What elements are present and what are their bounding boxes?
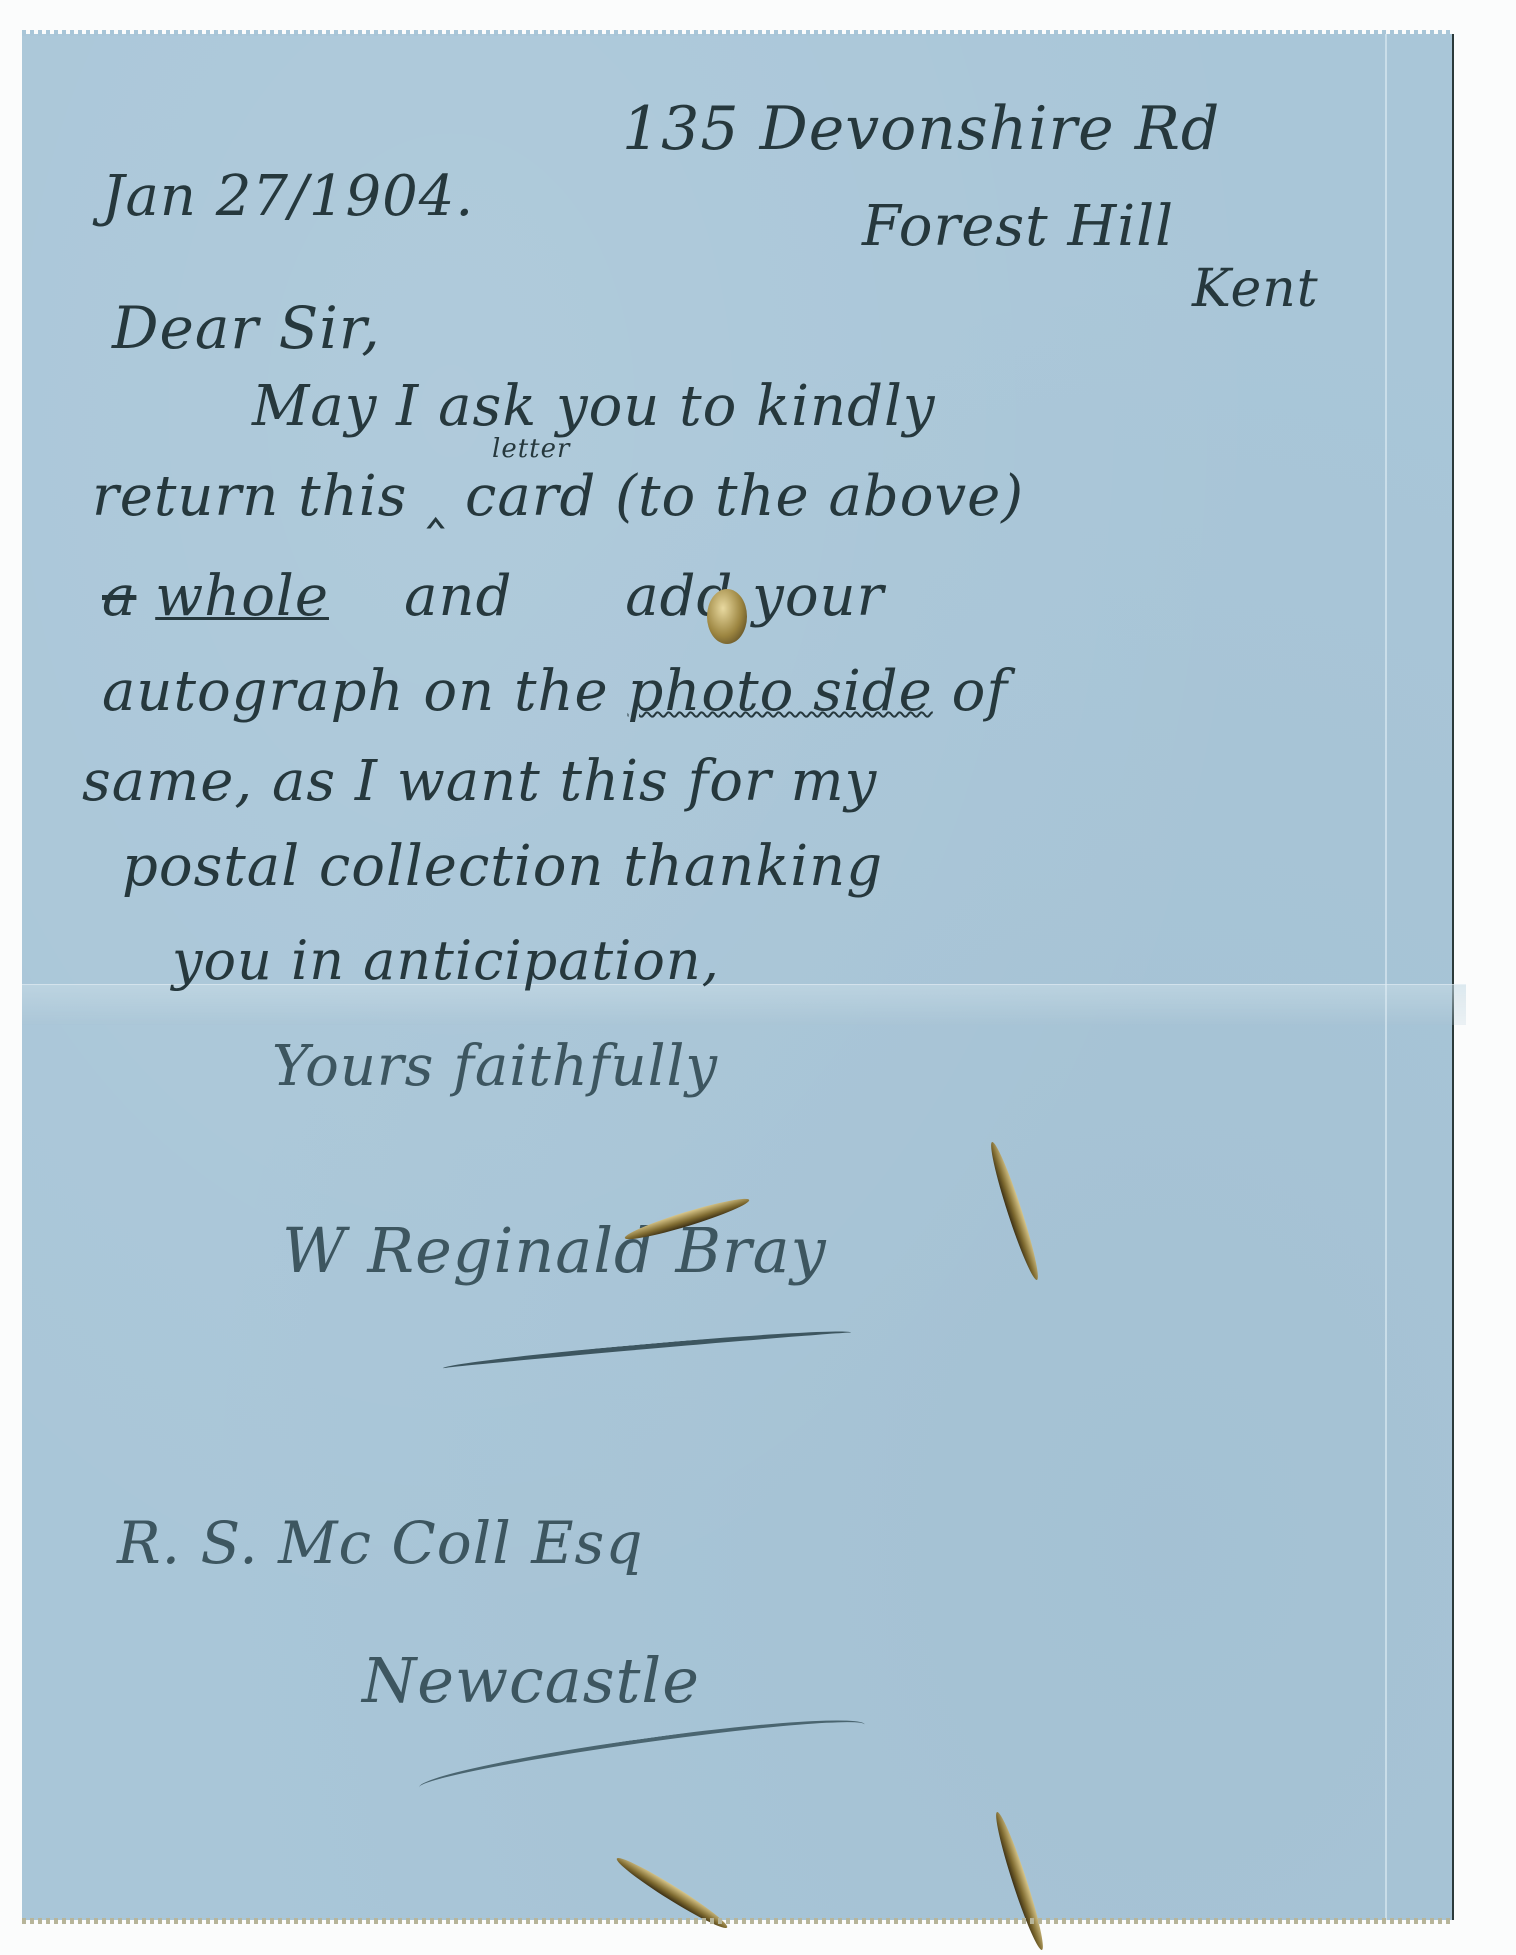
city-underline-flourish bbox=[417, 1708, 867, 1804]
address-line-street: 135 Devonshire Rd bbox=[622, 94, 1220, 164]
body-insert-letter: letter bbox=[492, 434, 570, 464]
body-add-your: add your bbox=[625, 564, 884, 629]
address-line-county: Kent bbox=[1192, 259, 1319, 319]
body-photo-side: photo side bbox=[628, 659, 933, 724]
struck-word: a bbox=[102, 564, 136, 629]
body-word-whole: whole bbox=[155, 564, 329, 629]
letter-card: Jan 27/1904. 135 Devonshire Rd Forest Hi… bbox=[22, 34, 1452, 1920]
body-line-2: return this ‸ card (to the above) bbox=[92, 464, 1024, 529]
recipient-city: Newcastle bbox=[362, 1644, 700, 1717]
signature-underline bbox=[442, 1326, 852, 1375]
caret-mark: ‸ bbox=[426, 464, 446, 529]
body-line-1: May I ask you to kindly bbox=[252, 374, 936, 439]
body-line-4c: of bbox=[952, 659, 1008, 724]
brass-rivet-icon bbox=[707, 589, 747, 644]
body-line-7: you in anticipation, bbox=[172, 929, 720, 992]
salutation: Dear Sir, bbox=[112, 294, 381, 362]
body-line-5: same, as I want this for my bbox=[82, 749, 877, 814]
body-line-4a: autograph on the bbox=[102, 659, 609, 724]
perforation-line bbox=[1385, 34, 1387, 1920]
body-line-6: postal collection thanking bbox=[122, 834, 883, 899]
body-line-3: a whole and add your bbox=[102, 564, 884, 629]
signature: W Reginald Bray bbox=[282, 1214, 827, 1287]
body-line-2a: return this bbox=[92, 464, 407, 529]
brass-fastener-icon bbox=[990, 1810, 1048, 1952]
letter-date: Jan 27/1904. bbox=[102, 164, 474, 229]
closing: Yours faithfully bbox=[272, 1034, 718, 1099]
body-word-and: and bbox=[404, 564, 512, 629]
recipient-name: R. S. Mc Coll Esq bbox=[117, 1509, 643, 1577]
brass-fastener-icon bbox=[613, 1853, 731, 1934]
body-line-4: autograph on the photo side of bbox=[102, 659, 1008, 724]
brass-fastener-icon bbox=[985, 1140, 1043, 1282]
address-line-district: Forest Hill bbox=[862, 194, 1174, 259]
body-line-2b: card (to the above) bbox=[465, 464, 1024, 529]
